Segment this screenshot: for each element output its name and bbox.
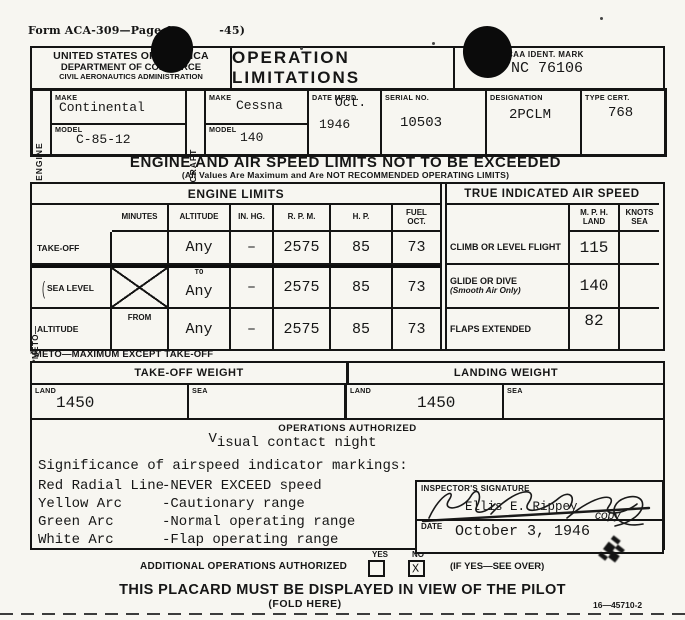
type-cert-value: 768 — [608, 105, 633, 121]
col-in-hg: IN. HG. — [231, 205, 274, 232]
altitude-fuel-oct: 73 — [393, 309, 440, 349]
aircraft-make-value: Cessna — [236, 98, 283, 113]
aircraft-make-label: MAKE — [209, 93, 231, 102]
display-notice: THIS PLACARD MUST BE DISPLAYED IN VIEW O… — [0, 582, 685, 598]
takeoff-fuel-oct: 73 — [393, 232, 440, 265]
signature-divider — [417, 519, 662, 521]
landing-land-value: 1450 — [417, 394, 455, 412]
col-knots-sea: KNOTSSEA — [620, 205, 659, 232]
landing-land-cell: LAND 1450 — [347, 385, 504, 420]
date-mfrd-year: 1946 — [319, 117, 350, 132]
doc-number: 16—45710-2 — [593, 600, 642, 610]
scan-speck — [600, 17, 603, 20]
sea-level-altitude: TO Any — [169, 265, 231, 309]
designation-cell: DESIGNATION 2PCLM — [487, 91, 582, 154]
altitude-in-hg: – — [231, 309, 274, 349]
operations-value: Visual contact night — [32, 435, 553, 451]
engine-limits-pane: ENGINE LIMITS MINUTES ALTITUDE IN. HG. R… — [32, 184, 440, 349]
glide-knots — [620, 265, 659, 309]
col-fuel-oct: FUELOCT. — [393, 205, 440, 232]
placard-document: Form ACA-309—Page 1-45) UNITED STATES OF… — [0, 0, 685, 620]
takeoff-hp: 85 — [331, 232, 393, 265]
landing-sea-cell: SEA — [504, 385, 663, 420]
additional-operations-label: ADDITIONAL OPERATIONS AUTHORIZED — [140, 561, 347, 572]
marking-green: Green Arc-Normal operating range — [38, 514, 355, 530]
marking-white: White Arc-Flap operating range — [38, 532, 338, 548]
col-hp: H. P. — [331, 205, 393, 232]
fold-here-note: (FOLD HERE) — [0, 598, 610, 610]
sea-level-rpm: 2575 — [274, 265, 331, 309]
fold-line — [0, 613, 685, 615]
form-number-line: Form ACA-309—Page 1-45) — [28, 24, 245, 37]
scan-speck — [432, 42, 435, 45]
row-takeoff-label: TAKE-OFF — [32, 232, 112, 265]
takeoff-altitude: Any — [169, 232, 231, 265]
air-speed-title: TRUE INDICATED AIR SPEED — [445, 184, 659, 205]
yes-label: YES — [372, 550, 388, 559]
altitude-altitude: Any — [169, 309, 231, 349]
takeoff-sea-cell: SEA — [189, 385, 347, 420]
row-climb-label: CLIMB OR LEVEL FLIGHT — [445, 232, 568, 265]
serial-no-label: SERIAL NO. — [385, 93, 429, 102]
takeoff-in-hg: – — [231, 232, 274, 265]
serial-no-cell: SERIAL NO. 10503 — [382, 91, 487, 154]
date-label: DATE — [421, 522, 442, 531]
climb-knots — [620, 232, 659, 265]
to-label: TO — [169, 269, 229, 277]
page-title: OPERATION LIMITATIONS — [232, 48, 455, 88]
air-speed-pane: TRUE INDICATED AIR SPEED M. P. H.LAND KN… — [445, 184, 663, 349]
row-sea-level-label: (SEA LEVEL — [32, 265, 112, 309]
flaps-mph: 82 — [568, 309, 620, 349]
col-mph-land: M. P. H.LAND — [568, 205, 620, 232]
takeoff-minutes — [112, 232, 169, 265]
inspector-box: INSPECTOR'S SIGNATURE Ellis E. Rippey co… — [415, 480, 664, 554]
limits-banner-title: ENGINE AND AIR SPEED LIMITS NOT TO BE EX… — [30, 154, 661, 171]
marking-red: Red Radial Line-NEVER EXCEED speed — [38, 478, 322, 494]
serial-no-value: 10503 — [400, 115, 442, 131]
see-over-note: (IF YES—SEE OVER) — [450, 561, 544, 572]
engine-limits-title: ENGINE LIMITS — [32, 184, 440, 205]
sea-level-in-hg: – — [231, 265, 274, 309]
landing-weight-title: LANDING WEIGHT — [349, 363, 663, 383]
date-mfrd-cell: DATE MFRD. Oct. 1946 — [309, 91, 382, 154]
aircraft-model-label: MODEL — [209, 125, 236, 134]
ident-mark-value: NC 76106 — [511, 60, 583, 77]
limits-table: ENGINE LIMITS MINUTES ALTITUDE IN. HG. R… — [30, 182, 665, 351]
designation-value: 2PCLM — [509, 107, 551, 123]
col-rpm: R. P. M. — [274, 205, 331, 232]
takeoff-rpm: 2575 — [274, 232, 331, 265]
sea-level-fuel-oct: 73 — [393, 265, 440, 309]
designation-label: DESIGNATION — [490, 93, 543, 102]
marking-yellow: Yellow Arc-Cautionary range — [38, 496, 305, 512]
engine-make-model: MAKE Continental MODEL C-85-12 — [52, 91, 187, 154]
scan-speck — [300, 47, 303, 50]
aircraft-model-value: 140 — [240, 130, 263, 145]
takeoff-land-value: 1450 — [56, 394, 94, 412]
row-glide-label: GLIDE OR DIVE(Smooth Air Only) — [445, 265, 568, 309]
altitude-rpm: 2575 — [274, 309, 331, 349]
altitude-hp: 85 — [331, 309, 393, 349]
col-minutes: MINUTES — [112, 205, 169, 232]
takeoff-weight-title: TAKE-OFF WEIGHT — [32, 363, 349, 383]
limits-banner-subtitle: (All Values Are Maximum and Are NOT RECO… — [30, 170, 661, 180]
operations-title: OPERATIONS AUTHORIZED — [32, 423, 663, 434]
meto-footnote: *METO—MAXIMUM EXCEPT TAKE-OFF — [30, 349, 213, 360]
agency-line-1: UNITED STATES OF AMERICA — [32, 51, 230, 63]
no-checkbox: X — [408, 560, 425, 577]
yes-checkbox — [368, 560, 385, 577]
engine-model-value: C-85-12 — [76, 132, 131, 147]
date-mfrd-month: Oct. — [335, 95, 366, 110]
altitude-minutes: FROM — [112, 309, 169, 349]
meto-vertical-label: *METO— — [31, 267, 41, 347]
sea-level-hp: 85 — [331, 265, 393, 309]
type-cert-label: TYPE CERT. — [585, 93, 630, 102]
aircraft-info-box: ENGINE MAKE Continental MODEL C-85-12 AI… — [30, 88, 667, 157]
row-altitude-label: ALTITUDE — [32, 309, 112, 349]
aircraft-make-model: MAKE Cessna MODEL 140 — [206, 91, 309, 154]
agency-line-3: CIVIL AERONAUTICS ADMINISTRATION — [32, 73, 230, 82]
glide-mph: 140 — [568, 265, 620, 309]
climb-mph: 115 — [568, 232, 620, 265]
col-altitude: ALTITUDE — [169, 205, 231, 232]
engine-group-label: ENGINE — [33, 91, 52, 154]
ident-mark-label: CAA IDENT. MARK — [507, 50, 584, 59]
type-cert-cell: TYPE CERT. 768 — [582, 91, 664, 154]
significance-heading: Significance of airspeed indicator marki… — [38, 458, 408, 474]
date-value: October 3, 1946 — [455, 523, 590, 540]
sea-level-minutes-crossed — [112, 265, 169, 309]
no-checkbox-mark: X — [412, 561, 419, 576]
flaps-knots — [620, 309, 659, 349]
row-flaps-label: FLAPS EXTENDED — [445, 309, 568, 349]
weights-box: TAKE-OFF WEIGHT LANDING WEIGHT LAND 1450… — [30, 361, 665, 422]
aircraft-group-label: AIRCRAFT — [187, 91, 206, 154]
engine-make-value: Continental — [59, 100, 145, 115]
takeoff-land-cell: LAND 1450 — [32, 385, 189, 420]
agency-block: UNITED STATES OF AMERICA DEPARTMENT OF C… — [32, 48, 232, 88]
header-box: UNITED STATES OF AMERICA DEPARTMENT OF C… — [30, 46, 665, 90]
